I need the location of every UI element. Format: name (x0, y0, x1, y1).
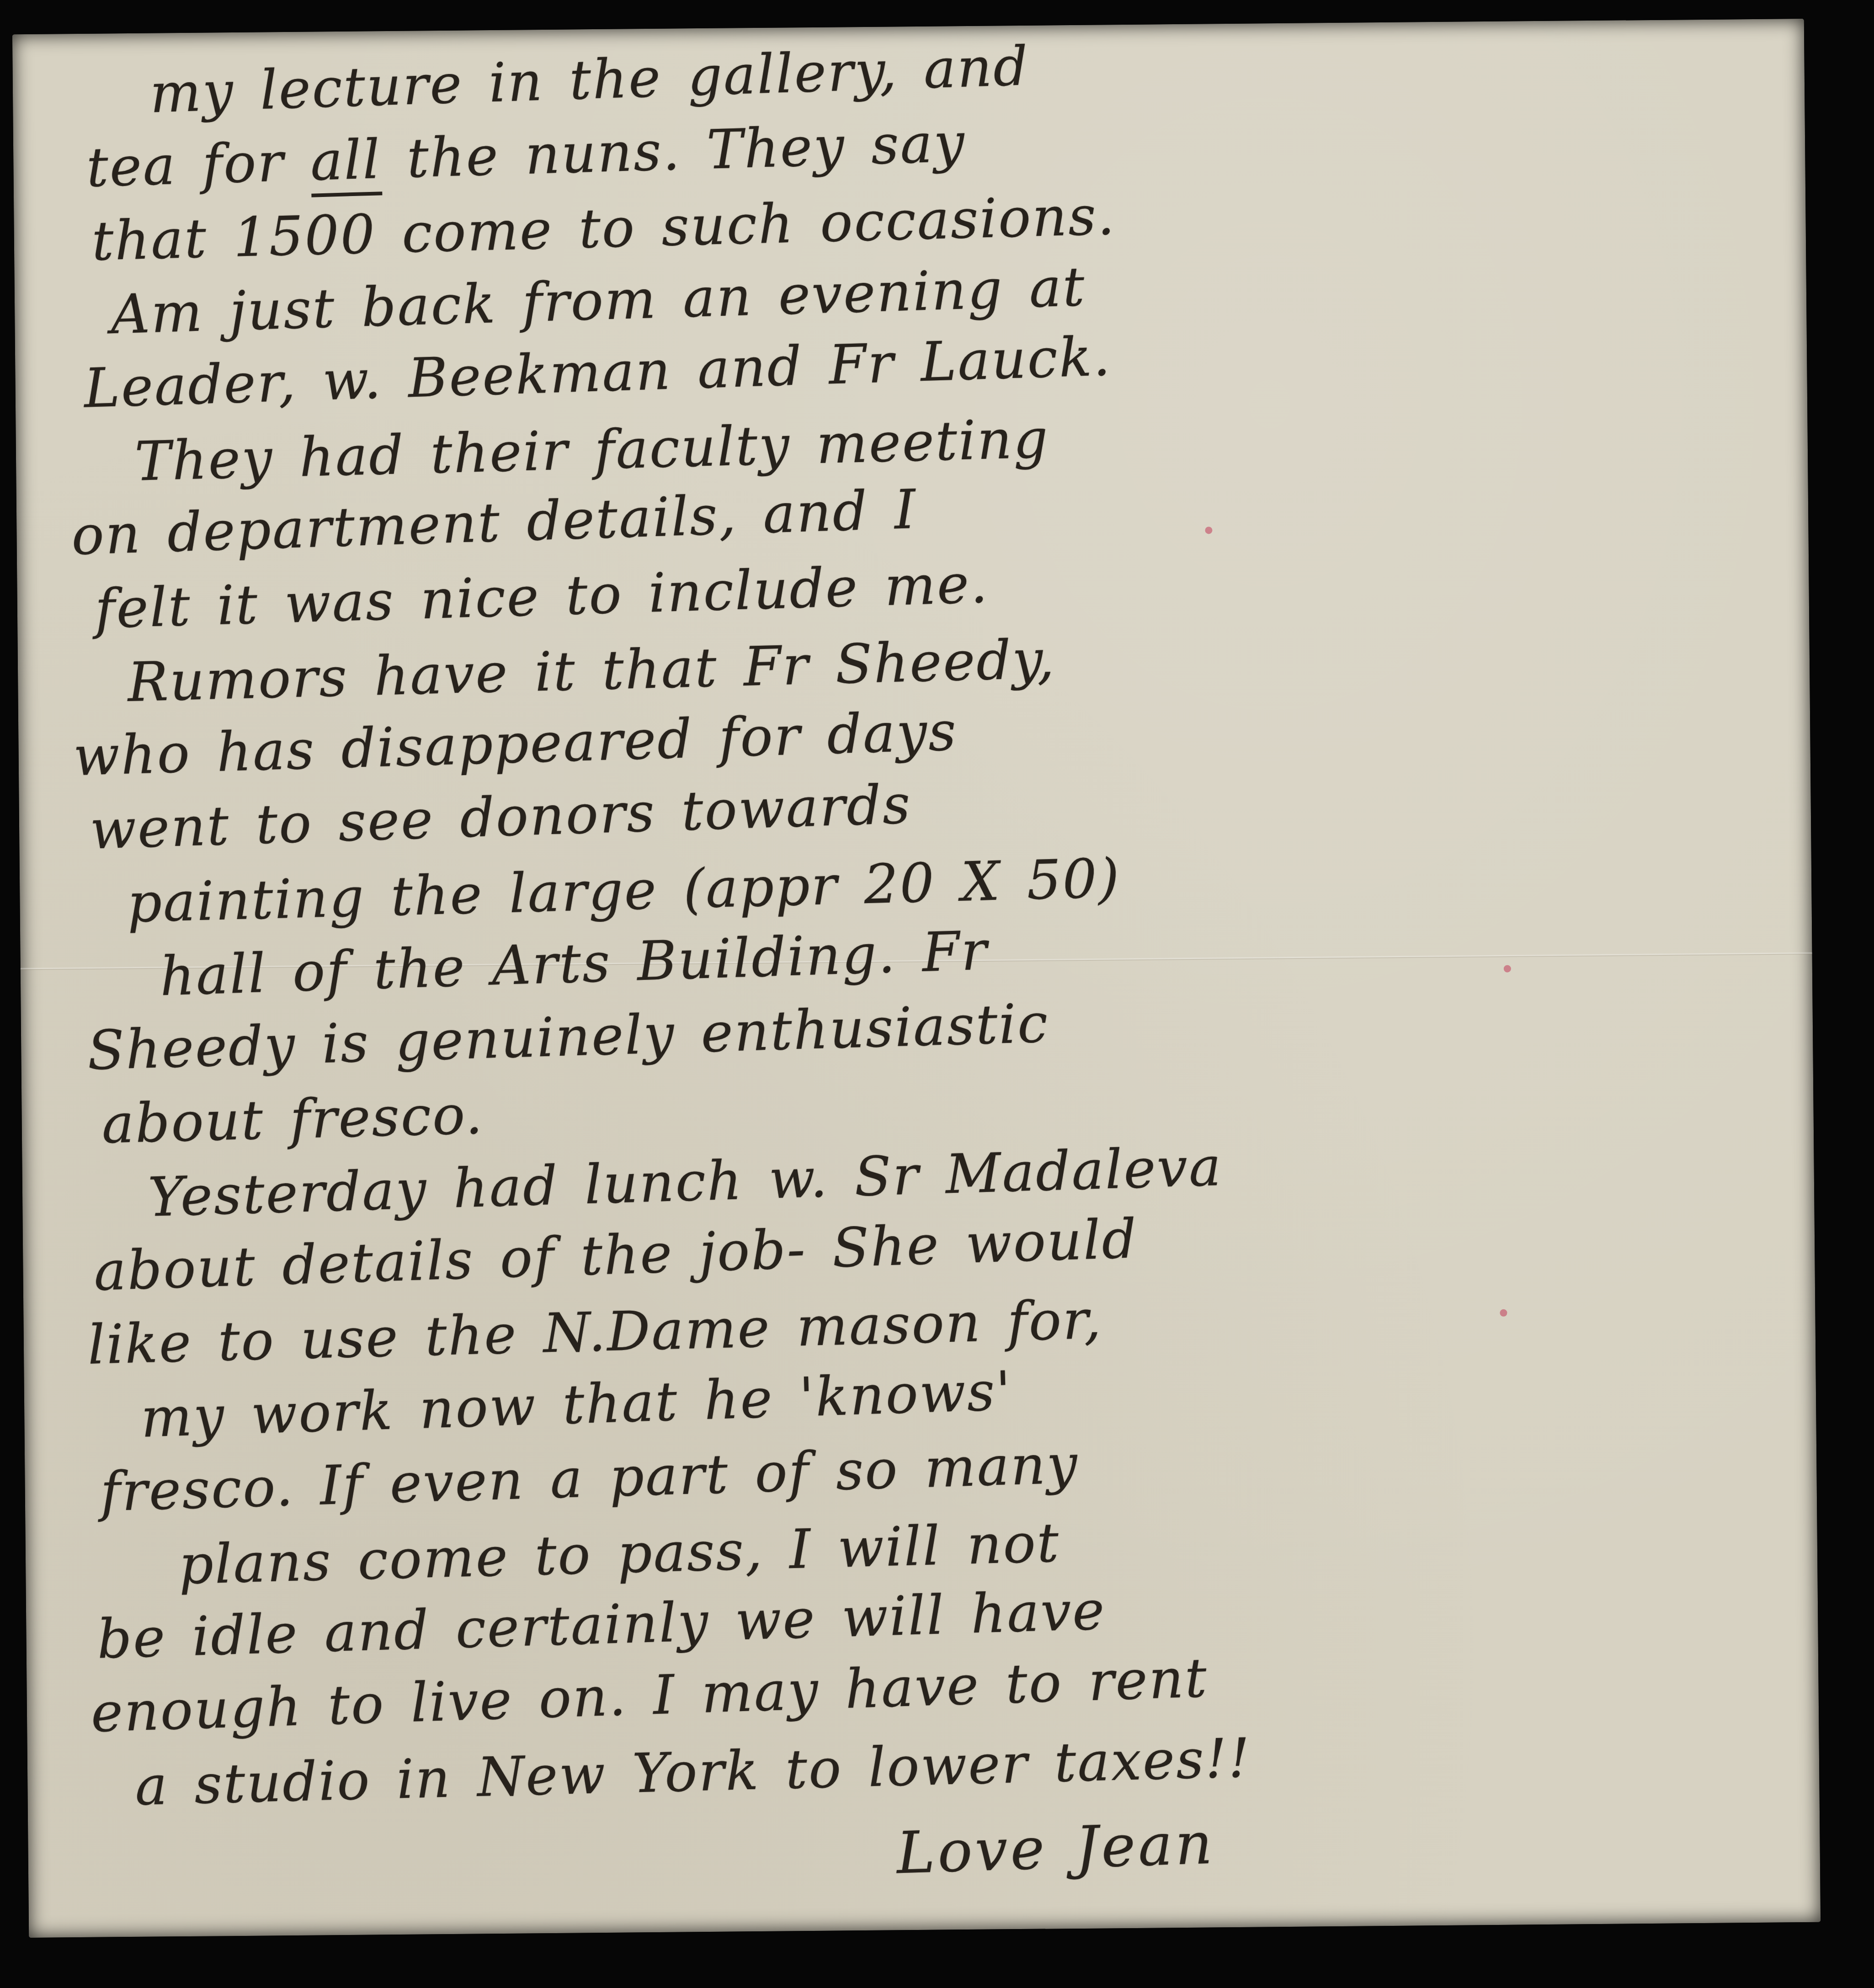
letter-text: tea for (85, 130, 311, 199)
letter-text: the nuns. They say (380, 111, 967, 191)
letter-text: Love Jean (895, 1810, 1216, 1887)
ink-speck (1500, 1309, 1507, 1317)
ink-speck (1205, 526, 1212, 534)
signature-line: Love Jean (895, 1788, 1793, 1890)
letter-text: about fresco. (101, 1083, 484, 1155)
letter-paper: my lecture in the gallery, andtea for al… (12, 19, 1821, 1938)
ink-speck (1504, 965, 1511, 973)
letter-lines: my lecture in the gallery, andtea for al… (12, 43, 1793, 1938)
underlined-word: all (309, 128, 382, 197)
scan-background: my lecture in the gallery, andtea for al… (0, 0, 1874, 1988)
